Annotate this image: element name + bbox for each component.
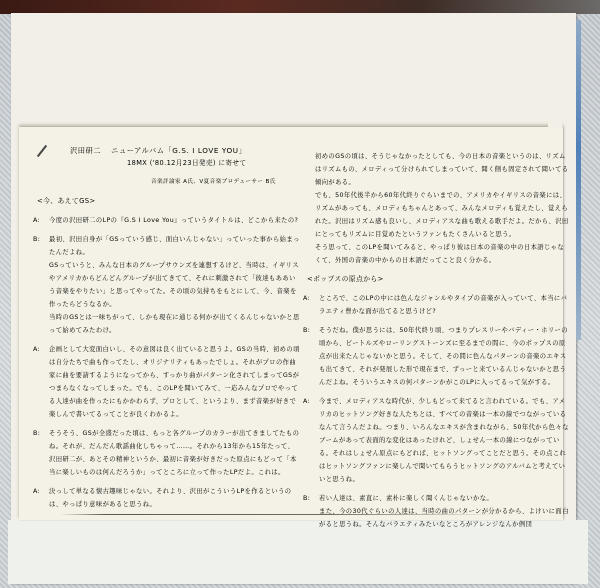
paragraph: 今まで、メロディアスな時代が、少しもどって来てると言われている。でも、アメリカの… <box>319 395 570 486</box>
speaker-label: B: <box>33 233 49 337</box>
speaker-label: B: <box>33 427 49 479</box>
paragraph: 若い人達は、素直に、素朴に楽しく聞くんじゃないかな。 <box>319 492 570 505</box>
title-line: 沢田研二ニューアルバム「G.S. I LOVE YOU」 <box>45 144 300 157</box>
paragraph: でも、50年代後半から60年代終りぐらいまでの、アメリカやイギリスの音楽には、リ… <box>315 189 570 241</box>
paragraph: ところで、このLPの中には色んなジャンルやタイプの音楽が入っていて、本当にバラエ… <box>319 292 570 318</box>
speaker-label: A: <box>33 343 49 421</box>
interview-credits: 音楽評論家 A氏、V夏音楽プロデューサー B氏 <box>151 176 300 189</box>
exchange: A: 今まで、メロディアスな時代が、少しもどって来てると言われている。でも、アメ… <box>315 395 570 486</box>
exchange: A: 決っして単なる懐古趣味じゃない。それより、沢田がこういうLPを作るというの… <box>45 485 300 511</box>
paragraph: 最初、沢田自身が「GSっていう感じ、面白いんじゃない」っていった事から始まったん… <box>49 233 300 259</box>
paragraph: 初めのGSの頃は、そうじゃなかったとしても、今の日本の音楽というのは、リズムはリ… <box>315 150 570 189</box>
exchange: B: 若い人達は、素直に、素朴に楽しく聞くんじゃないかな。 また、今の30代ぐら… <box>315 492 570 531</box>
paragraph: そうそう、GSが全盛だった頃は、もっと各グループのカラーが出てきましてたものね。… <box>49 427 300 479</box>
speaker-label: B: <box>303 324 319 389</box>
sheet-bottom-edge <box>60 514 500 515</box>
exchange: B: そうだね。僕が思うには、50年代終り頃、つまりプレスリーやバディー・ホリー… <box>315 324 570 389</box>
exchange: A: 企画として大変面白いし、その意図は良く出ていると思うよ。GSの当時、初めの… <box>45 343 300 421</box>
exchange: A: 今度の沢田研二のLPの『G.S I Love You』っていうタイトルは、… <box>45 214 300 227</box>
exchange: A: ところで、このLPの中には色んなジャンルやタイプの音楽が入っていて、本当に… <box>315 292 570 318</box>
paragraph: 当時のGSとは一味ちがって、しかも現在に通じる何かが出てくるんじゃないかと思って… <box>49 311 300 337</box>
paragraph: 決っして単なる懐古趣味じゃない。それより、沢田がこういうLPを作るというのは、や… <box>49 485 300 511</box>
left-column: 沢田研二ニューアルバム「G.S. I LOVE YOU」 18MX ('80.1… <box>45 144 300 511</box>
exchange: B: 最初、沢田自身が「GSっていう感じ、面白いんじゃない」っていった事から始ま… <box>45 233 300 337</box>
artist-name: 沢田研二 <box>70 146 101 155</box>
section-heading: <ポップスの原点から> <box>307 273 570 286</box>
exchange: B: そうそう、GSが全盛だった頃は、もっと各グループのカラーが出てきましてたも… <box>45 427 300 479</box>
paragraph: GSっていうと、みんな日本のグループサウンズを連想するけど、当時は、イギリスやア… <box>49 259 300 311</box>
right-column: 初めのGSの頃は、そうじゃなかったとしても、今の日本の音楽というのは、リズムはリ… <box>315 150 570 531</box>
album-title: ニューアルバム「G.S. I LOVE YOU」 <box>111 146 246 155</box>
speaker-label: B: <box>303 492 319 531</box>
paragraph: 企画として大変面白いし、その意図は良く出ていると思うよ。GSの当時、初めの頃は自… <box>49 343 300 421</box>
speaker-label: A: <box>33 214 49 227</box>
paragraph: また、今の30代ぐらいの人達は、当時の曲のパターンが分かるから、よけいに面白がる… <box>319 505 570 531</box>
sleeve-spine-edge <box>576 20 581 340</box>
release-info: 18MX ('80.12月23日発売) に寄せて <box>127 157 300 170</box>
section-heading: <今、あえてGS> <box>37 195 300 208</box>
paragraph: そう思って、このLPを聞いてみると、やっぱり彼は日本の音楽の中の日本語じゃなくて… <box>315 241 570 267</box>
paragraph: そうだね。僕が思うには、50年代終り頃、つまりプレスリーやバディー・ホリーの頃か… <box>319 324 570 389</box>
sheet-corner <box>548 117 562 129</box>
speaker-label: A: <box>303 292 319 318</box>
paragraph: 今度の沢田研二のLPの『G.S I Love You』っていうタイトルは、どこか… <box>49 214 300 227</box>
top-edge-strip <box>0 0 600 14</box>
speaker-label: A: <box>303 395 319 486</box>
speaker-label: A: <box>33 485 49 511</box>
